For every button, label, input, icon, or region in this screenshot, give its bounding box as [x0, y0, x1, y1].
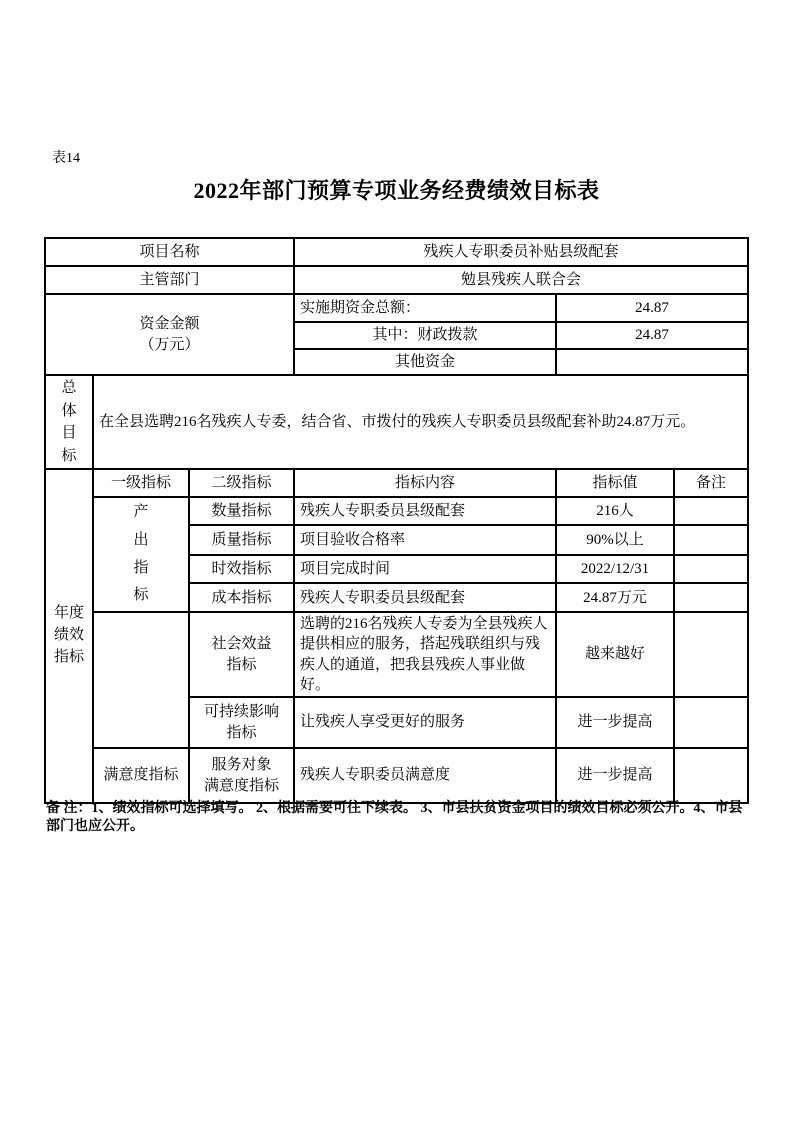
indicator-content: 让残疾人享受更好的服务 [294, 697, 556, 748]
project-name-value: 残疾人专职委员补贴县级配套 [294, 238, 748, 266]
indicator-level2: 服务对象 满意度指标 [189, 748, 294, 803]
indicator-content: 选聘的216名残疾人专委为全县残疾人提供相应的服务，搭起残联组织与残疾人的通道，… [294, 612, 556, 697]
indicator-note [674, 697, 748, 748]
group-satisfaction-label: 满意度指标 [93, 748, 189, 803]
indicator-value: 2022/12/31 [556, 555, 674, 583]
indicator-level2: 社会效益 指标 [189, 612, 294, 697]
document-page: 表14 2022年部门预算专项业务经费绩效目标表 项目名称 残疾人专职委员补贴县… [0, 0, 793, 1122]
indicator-note [674, 583, 748, 612]
fund-total-label: 实施期资金总额： [294, 294, 556, 322]
table-row: 总体目标 在全县选聘216名残疾人专委，结合省、市拨付的残疾人专职委员县级配套补… [45, 375, 748, 469]
footnote: 备 注：1、绩效指标可选择填写。 2、根据需要可往下续表。 3、市县扶贫资金项目… [46, 800, 753, 837]
department-label: 主管部门 [45, 266, 294, 294]
document-title: 2022年部门预算专项业务经费绩效目标表 [0, 174, 793, 205]
fund-gov-label: 其中：财政拨款 [294, 322, 556, 349]
indicator-content: 项目完成时间 [294, 555, 556, 583]
indicator-note [674, 748, 748, 803]
indicator-level2: 时效指标 [189, 555, 294, 583]
fund-other-label: 其他资金 [294, 349, 556, 375]
table-row: 项目名称 残疾人专职委员补贴县级配套 [45, 238, 748, 266]
overall-goal-label: 总体目标 [45, 375, 93, 469]
table-row: 资金金额 （万元） 实施期资金总额： 24.87 [45, 294, 748, 322]
indicator-note [674, 525, 748, 555]
indicator-note [674, 612, 748, 697]
indicator-value: 进一步提高 [556, 748, 674, 803]
fund-gov-value: 24.87 [556, 322, 748, 349]
fund-other-value [556, 349, 748, 375]
table-header-row: 年度绩效指标 一级指标 二级指标 指标内容 指标值 备注 [45, 469, 748, 497]
indicator-value: 216人 [556, 497, 674, 525]
group-output-label: 产出指标 [93, 497, 189, 612]
indicator-content: 残疾人专职委员满意度 [294, 748, 556, 803]
indicator-note [674, 497, 748, 525]
col-header-content: 指标内容 [294, 469, 556, 497]
group-benefit-label [93, 612, 189, 748]
col-header-value: 指标值 [556, 469, 674, 497]
indicator-level2: 数量指标 [189, 497, 294, 525]
project-name-label: 项目名称 [45, 238, 294, 266]
table-row: 主管部门 勉县残疾人联合会 [45, 266, 748, 294]
col-header-note: 备注 [674, 469, 748, 497]
overall-goal-text: 在全县选聘216名残疾人专委，结合省、市拨付的残疾人专职委员县级配套补助24.8… [93, 375, 748, 469]
fund-total-value: 24.87 [556, 294, 748, 322]
indicator-note [674, 555, 748, 583]
table-number: 表14 [52, 147, 80, 167]
indicator-level2: 质量指标 [189, 525, 294, 555]
indicator-level2: 成本指标 [189, 583, 294, 612]
indicator-value: 越来越好 [556, 612, 674, 697]
indicator-content: 残疾人专职委员县级配套 [294, 583, 556, 612]
indicator-level2: 可持续影响 指标 [189, 697, 294, 748]
department-value: 勉县残疾人联合会 [294, 266, 748, 294]
col-header-level2: 二级指标 [189, 469, 294, 497]
indicator-content: 残疾人专职委员县级配套 [294, 497, 556, 525]
indicator-value: 24.87万元 [556, 583, 674, 612]
performance-target-table: 项目名称 残疾人专职委员补贴县级配套 主管部门 勉县残疾人联合会 资金金额 （万… [44, 237, 749, 804]
table-row: 满意度指标 服务对象 满意度指标 残疾人专职委员满意度 进一步提高 [45, 748, 748, 803]
col-header-level1: 一级指标 [93, 469, 189, 497]
indicator-content: 项目验收合格率 [294, 525, 556, 555]
indicator-value: 90%以上 [556, 525, 674, 555]
indicator-value: 进一步提高 [556, 697, 674, 748]
annual-indicator-section-label: 年度绩效指标 [45, 469, 93, 803]
fund-amount-label: 资金金额 （万元） [45, 294, 294, 375]
table-row: 产出指标 数量指标 残疾人专职委员县级配套 216人 [45, 497, 748, 525]
table-row: 社会效益 指标 选聘的216名残疾人专委为全县残疾人提供相应的服务，搭起残联组织… [45, 612, 748, 697]
